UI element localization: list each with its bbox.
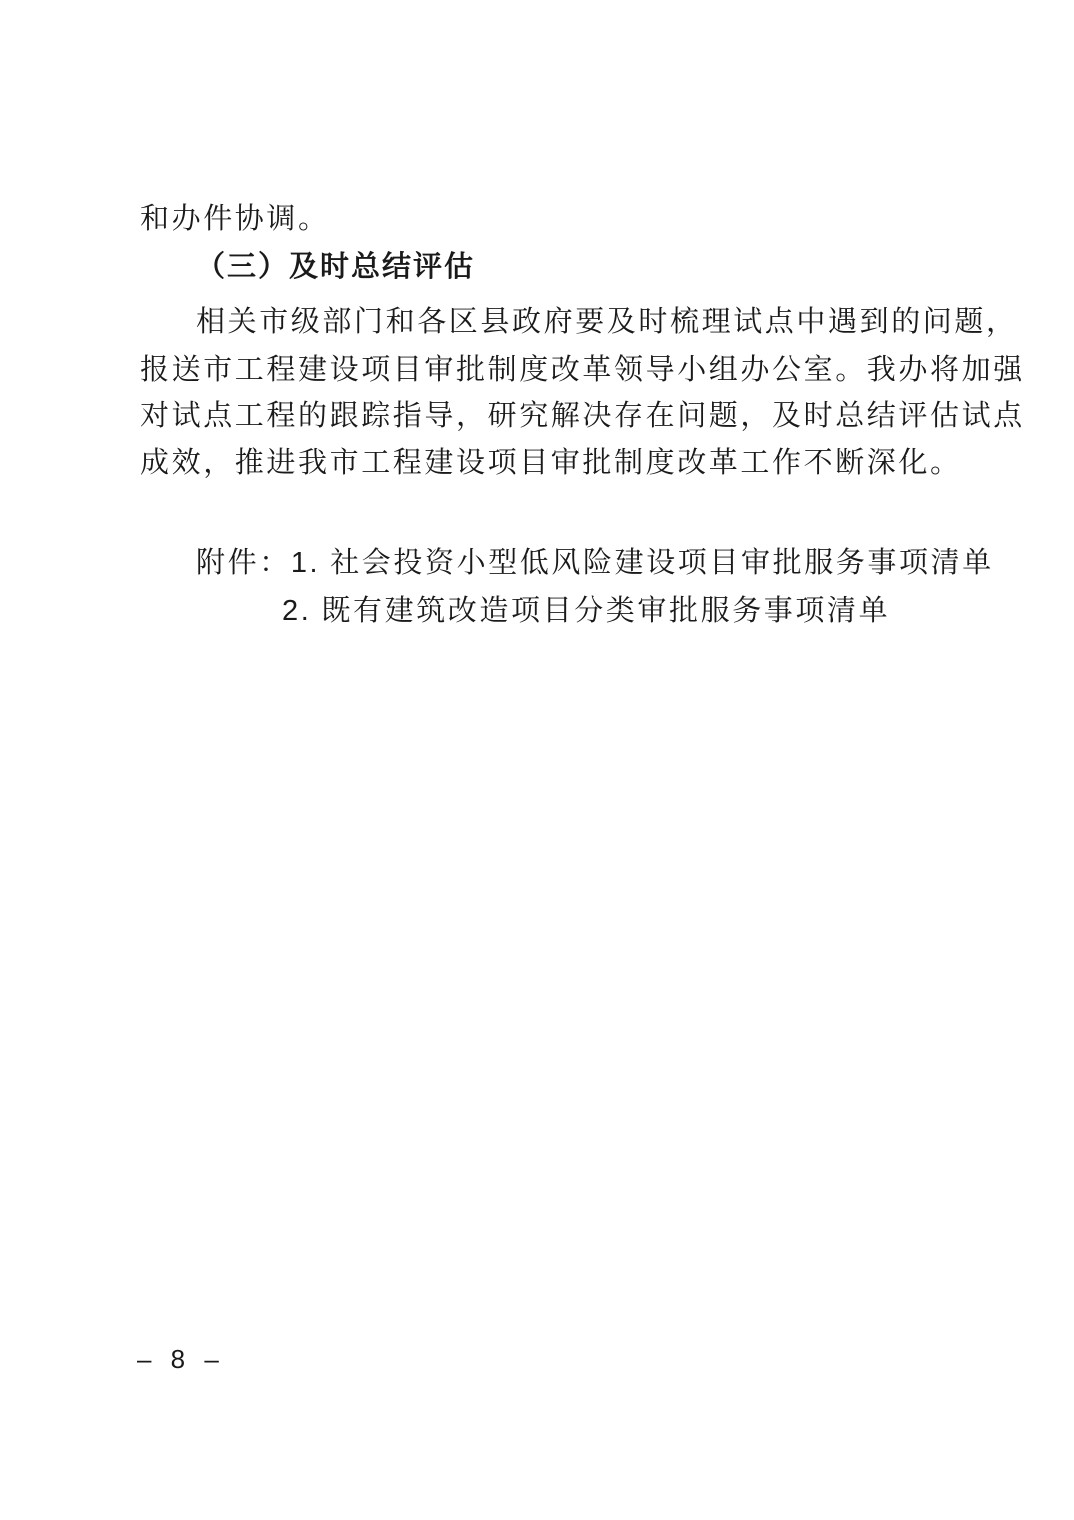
body-line-1: 相关市级部门和各区县政府要及时梳理试点中遇到的问题， [196, 301, 1018, 341]
attachment-item-1: 附件：1.社会投资小型低风险建设项目审批服务事项清单 [196, 542, 994, 583]
attachment-number: 2. [282, 595, 311, 627]
attachment-number: 1. [291, 547, 320, 579]
attachment-title: 社会投资小型低风险建设项目审批服务事项清单 [330, 545, 994, 579]
section-heading: （三）及时总结评估 [196, 246, 475, 286]
body-line-4: 成效，推进我市工程建设项目审批制度改革工作不断深化。 [140, 442, 962, 482]
body-line-2: 报送市工程建设项目审批制度改革领导小组办公室。我办将加强 [140, 349, 1025, 389]
attachment-title: 既有建筑改造项目分类审批服务事项清单 [321, 593, 890, 627]
page-number: – 8 – [137, 1342, 225, 1376]
attachments-label: 附件： [196, 545, 291, 579]
paragraph-continuation: 和办件协调。 [140, 198, 330, 238]
body-line-3: 对试点工程的跟踪指导，研究解决存在问题，及时总结评估试点 [140, 395, 1025, 435]
attachment-item-2: 2.既有建筑改造项目分类审批服务事项清单 [282, 590, 890, 631]
